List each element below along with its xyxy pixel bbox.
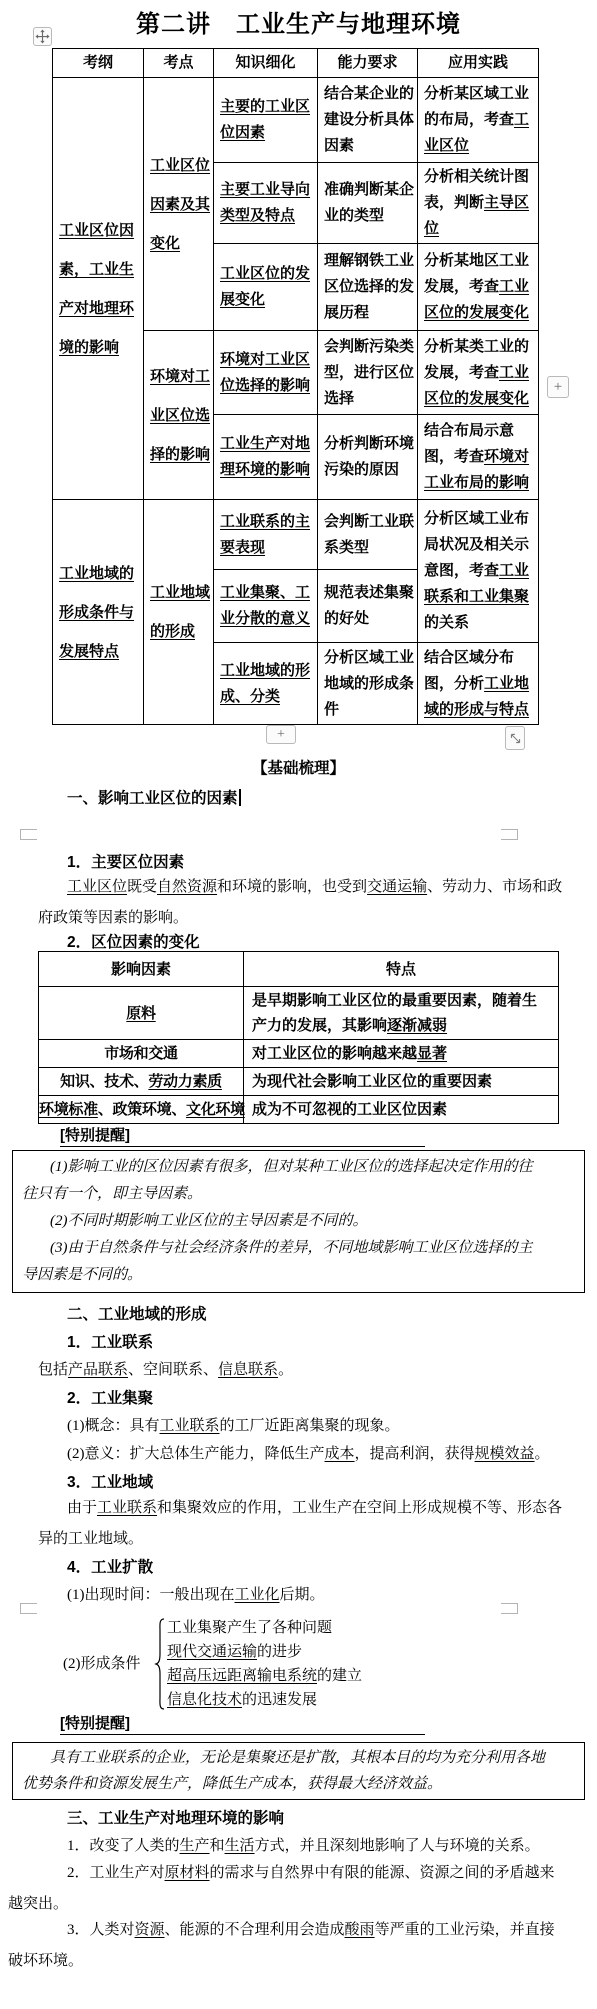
section-intro-label: 【基础梳理】 — [0, 756, 597, 778]
text-line: 3．人类对资源、能源的不合理利用会造成酸雨等严重的工业污染，并直接 — [8, 1915, 555, 1946]
special-reminder-label: [特别提醒] — [60, 1126, 425, 1147]
cell-knowledge: 主要的工业区位因素 — [214, 78, 318, 163]
label-formation-conditions: (2)形成条件 — [63, 1652, 141, 1673]
underlined-text: 环境对工业区位选择的影响 — [150, 368, 210, 463]
cell-ability: 分析区域工业地域的形成条件 — [318, 643, 418, 725]
table-resize-handle[interactable] — [505, 726, 525, 750]
table-row: 市场和交通 对工业区位的影响越来越显著 — [39, 1040, 559, 1068]
cell-feature: 成为不可忽视的工业区位因素 — [244, 1096, 559, 1124]
text-line: 由于工业联系和集聚效应的作用，工业生产在空间上形成规模不等、形态各 — [38, 1493, 562, 1524]
cell-knowledge: 主要工业导向类型及特点 — [214, 163, 318, 244]
brace-icon — [154, 1618, 166, 1710]
text-line: 异的工业地域。 — [38, 1524, 562, 1555]
text: (2)意义：扩大总体生产能力，降低生产 — [67, 1446, 325, 1462]
underlined-text: 信息联系 — [218, 1362, 278, 1378]
text: 会判断工业联系类型 — [324, 513, 414, 556]
col-header-knowledge: 知识细化 — [214, 49, 318, 78]
heading-sub-1-2: 2．区位因素的变化 — [67, 930, 200, 952]
text-line: 具有工业联系的企业，无论是集聚还是扩散，其根本目的均为充分利用各地 — [22, 1745, 575, 1771]
col-header-feature: 特点 — [244, 952, 559, 987]
cell-factor: 环境标准、政策环境、文化环境 — [39, 1096, 244, 1124]
line-diffusion-time: (1)出现时间：一般出现在工业化后期。 — [67, 1583, 325, 1604]
underlined-text: 环境标准 — [39, 1101, 98, 1118]
table-move-handle[interactable] — [33, 27, 52, 46]
text-line: (1)影响工业的区位因素有很多，但对某种工业区位的选择起决定作用的往 — [22, 1154, 575, 1181]
text: 、能源的不合理利用会造成 — [165, 1922, 345, 1938]
page-boundary-mark — [501, 1603, 518, 1614]
text: 包括 — [38, 1362, 68, 1378]
line-agglomeration-meaning: (2)意义：扩大总体生产能力，降低生产成本，提高利润，获得规模效益。 — [67, 1442, 550, 1463]
text: 成为不可忽视的工业区位因素 — [252, 1101, 447, 1118]
underlined-text: 生产 — [180, 1838, 210, 1854]
text-line: 工业集聚产生了各种问题 — [167, 1616, 362, 1640]
underlined-text: 交通运输 — [367, 879, 427, 895]
cell-practice: 分析某类工业的发展，考查工业区位的发展变化 — [418, 331, 539, 415]
text: 3．人类对 — [67, 1922, 135, 1938]
text-line: 破坏环境。 — [8, 1946, 555, 1977]
text-line: 导因素是不同的。 — [22, 1262, 575, 1289]
underlined-text: 显著 — [417, 1045, 447, 1062]
text: 具有工业联系的企业，无论是集聚还是扩散，其根本目的均为充分利用各地 — [50, 1750, 545, 1766]
cell-ability: 结合某企业的建设分析具体因素 — [318, 78, 418, 163]
text: 的建立 — [317, 1668, 362, 1684]
heading-section-3: 三、工业生产对地理环境的影响 — [67, 1806, 284, 1828]
cell-point-1: 工业区位因素及其变化 — [144, 78, 214, 331]
text: 和集聚效应的作用，工业生产在空间上形成规模不等、形态各 — [157, 1500, 562, 1516]
underlined-text: 主要工业导向类型及特点 — [220, 181, 310, 224]
special-reminder-box-1: (1)影响工业的区位因素有很多，但对某种工业区位的选择起决定作用的往往只有一个，… — [12, 1150, 585, 1293]
text: 2．工业生产对 — [67, 1865, 165, 1881]
text: 由于 — [67, 1500, 97, 1516]
table-row: 知识、技术、劳动力素质 为现代社会影响工业区位的重要因素 — [39, 1068, 559, 1096]
cell-knowledge: 工业地域的形成、分类 — [214, 643, 318, 725]
underlined-text: 工业地域的形成 — [150, 584, 210, 640]
cell-practice: 分析某区域工业的布局，考查工业区位 — [418, 78, 539, 163]
text-line: 往只有一个，即主导因素。 — [22, 1181, 575, 1208]
underlined-text: 成本 — [325, 1446, 355, 1462]
col-header-practice: 应用实践 — [418, 49, 539, 78]
cell-ability: 分析判断环境污染的原因 — [318, 415, 418, 500]
cell-factor: 原料 — [39, 987, 244, 1040]
text: 会判断污染类型，进行区位选择 — [324, 338, 414, 407]
heading-section-2: 二、工业地域的形成 — [67, 1302, 207, 1324]
text: 往只有一个，即主导因素。 — [22, 1186, 202, 1202]
cell-practice: 分析某地区工业发展，考查工业区位的发展变化 — [418, 244, 539, 331]
exam-overview-table: 考纲 考点 知识细化 能力要求 应用实践 工业区位因素，工业生产对地理环境的影响… — [52, 48, 539, 725]
text: 结合某企业的建设分析具体因素 — [324, 85, 414, 154]
text: 等严重的工业污染，并直接 — [375, 1922, 555, 1938]
cell-ability: 准确判断某企业的类型 — [318, 163, 418, 244]
text-line: 信息化技术的迅速发展 — [167, 1688, 362, 1712]
cell-practice: 分析相关统计图表，判断主导区位 — [418, 163, 539, 244]
text-line: 2．工业生产对原材料的需求与自然界中有限的能源、资源之间的矛盾越来 — [8, 1858, 555, 1889]
cell-ability: 会判断污染类型，进行区位选择 — [318, 331, 418, 415]
text: 越突出。 — [8, 1896, 68, 1912]
underlined-text: 自然资源 — [157, 879, 217, 895]
text: 对工业区位的影响越来越 — [252, 1045, 417, 1062]
text-line: 超高压远距离输电系统的建立 — [167, 1664, 362, 1688]
cell-factor: 市场和交通 — [39, 1040, 244, 1068]
underlined-text: 原材料 — [165, 1865, 210, 1881]
underlined-text: 超高压远距离输电系统 — [167, 1668, 317, 1684]
cell-point-2: 环境对工业区位选择的影响 — [144, 331, 214, 500]
resize-diagonal-icon — [509, 732, 522, 745]
text: (1)出现时间：一般出现在 — [67, 1587, 235, 1603]
text-cursor — [239, 789, 241, 806]
underlined-text: 环境对工业区位选择的影响 — [220, 351, 310, 394]
paragraph-location-factors: 工业区位既受自然资源和环境的影响，也受到交通运输、劳动力、市场和政府政策等因素的… — [38, 872, 562, 934]
underlined-text: 工业联系的主要表现 — [220, 513, 310, 556]
line-impact-1: 1．改变了人类的生产和生活方式，并且深刻地影响了人与环境的关系。 — [67, 1834, 540, 1855]
table-header-row: 影响因素 特点 — [39, 952, 559, 987]
paragraph-impact-2: 2．工业生产对原材料的需求与自然界中有限的能源、资源之间的矛盾越来越突出。 — [8, 1858, 555, 1920]
cell-feature: 为现代社会影响工业区位的重要因素 — [244, 1068, 559, 1096]
text: 、劳动力、市场和政 — [427, 879, 562, 895]
page-boundary-mark — [20, 829, 37, 840]
cell-feature: 是早期影响工业区位的最重要因素，随着生产力的发展，其影响逐渐减弱 — [244, 987, 559, 1040]
text: 、空间联系、 — [128, 1362, 218, 1378]
heading-sub-2-3: 3．工业地域 — [67, 1470, 153, 1492]
cell-ability: 规范表述集聚的好处 — [318, 570, 418, 643]
insert-right-button[interactable]: + — [547, 376, 569, 398]
special-reminder-label: [特别提醒] — [60, 1714, 425, 1735]
col-header-outline: 考纲 — [53, 49, 144, 78]
underlined-text: 规模效益 — [475, 1446, 535, 1462]
heading-sub-2-4: 4．工业扩散 — [67, 1555, 153, 1577]
underlined-text: 主要的工业区位因素 — [220, 98, 310, 141]
table-row: 原料 是早期影响工业区位的最重要因素，随着生产力的发展，其影响逐渐减弱 — [39, 987, 559, 1040]
heading-sub-1-1: 1．主要区位因素 — [67, 850, 184, 872]
text: 。 — [278, 1362, 293, 1378]
underlined-text: 工业联系 — [97, 1500, 157, 1516]
page-boundary-mark — [20, 1603, 37, 1614]
text: (1)概念：具有 — [67, 1418, 160, 1434]
underlined-text: 产品联系 — [68, 1362, 128, 1378]
text: 准确判断某企业的类型 — [324, 181, 414, 224]
cell-point-3: 工业地域的形成 — [144, 500, 214, 725]
text: 工业集聚产生了各种问题 — [167, 1620, 332, 1636]
text: 府政策等因素的影响。 — [38, 910, 188, 926]
underlined-text: 资源 — [135, 1922, 165, 1938]
col-header-ability: 能力要求 — [318, 49, 418, 78]
text: (3)由于自然条件与社会经济条件的差异，不同地域影响工业区位选择的主 — [50, 1240, 533, 1256]
cell-knowledge: 工业生产对地理环境的影响 — [214, 415, 318, 500]
move-icon — [35, 29, 50, 44]
underlined-text: 工业集聚、工业分散的意义 — [220, 584, 310, 627]
table-row: 工业区位因素，工业生产对地理环境的影响 工业区位因素及其变化 主要的工业区位因素… — [53, 78, 539, 163]
text: 破坏环境。 — [8, 1953, 83, 1969]
text: 市场和交通 — [104, 1045, 178, 1062]
text: 1．改变了人类的 — [67, 1838, 180, 1854]
underlined-text: 工业区位因素及其变化 — [150, 157, 210, 252]
text: 和环境的影响，也受到 — [217, 879, 367, 895]
cell-outline-2: 工业地域的形成条件与发展特点 — [53, 500, 144, 725]
text: 知识、技术、 — [60, 1073, 148, 1090]
text: 规范表述集聚的好处 — [324, 584, 414, 627]
cell-knowledge: 工业集聚、工业分散的意义 — [214, 570, 318, 643]
underlined-text: 逐渐减弱 — [387, 1017, 447, 1034]
special-reminder-box-2: 具有工业联系的企业，无论是集聚还是扩散，其根本目的均为充分利用各地优势条件和资源… — [12, 1742, 585, 1800]
cell-practice: 结合区域分布图，分析工业地域的形成与特点 — [418, 643, 539, 725]
underlined-text: 工业区位 — [67, 879, 127, 895]
underlined-text: 工业生产对地理环境的影响 — [220, 435, 310, 478]
text: 分析判断环境污染的原因 — [324, 435, 414, 478]
page-boundary-mark — [501, 829, 518, 840]
underlined-text: 现代交通运输 — [167, 1644, 257, 1660]
table-header-row: 考纲 考点 知识细化 能力要求 应用实践 — [53, 49, 539, 78]
cell-ability: 会判断工业联系类型 — [318, 500, 418, 570]
list-formation-conditions: 工业集聚产生了各种问题现代交通运输的进步超高压远距离输电系统的建立信息化技术的迅… — [167, 1616, 362, 1712]
text: 。 — [535, 1446, 550, 1462]
underlined-text: 文化环境 — [186, 1101, 245, 1118]
text: 和 — [210, 1838, 225, 1854]
text-line: (2)不同时期影响工业区位的主导因素是不同的。 — [22, 1208, 575, 1235]
cell-knowledge: 环境对工业区位选择的影响 — [214, 331, 318, 415]
text: 、政策环境、 — [98, 1101, 186, 1118]
underlined-text: 信息化技术 — [167, 1692, 242, 1708]
text-line: 优势条件和资源发展生产，降低生产成本，获得最大经济效益。 — [22, 1771, 575, 1797]
cell-practice: 结合布局示意图，考查环境对工业布局的影响 — [418, 415, 539, 500]
underlined-text: 工业联系 — [160, 1418, 220, 1434]
underlined-text: 原料 — [126, 1005, 155, 1022]
text: 分析区域工业地域的形成条件 — [324, 649, 414, 718]
cell-feature: 对工业区位的影响越来越显著 — [244, 1040, 559, 1068]
text: ，提高利润，获得 — [355, 1446, 475, 1462]
underlined-text: 酸雨 — [345, 1922, 375, 1938]
text-line: 现代交通运输的进步 — [167, 1640, 362, 1664]
text: 理解钢铁工业区位选择的发展历程 — [324, 252, 414, 321]
text-line: 工业区位既受自然资源和环境的影响，也受到交通运输、劳动力、市场和政 — [38, 872, 562, 903]
cell-outline-1: 工业区位因素，工业生产对地理环境的影响 — [53, 78, 144, 500]
text: 的进步 — [257, 1644, 302, 1660]
text: 异的工业地域。 — [38, 1531, 143, 1547]
col-header-point: 考点 — [144, 49, 214, 78]
underlined-text: 工业地域的形成、分类 — [220, 662, 310, 705]
underlined-text: 工业化 — [235, 1587, 280, 1603]
col-header-factor: 影响因素 — [39, 952, 244, 987]
heading-sub-2-2: 2．工业集聚 — [67, 1386, 153, 1408]
text: 优势条件和资源发展生产，降低生产成本，获得最大经济效益。 — [22, 1776, 442, 1792]
underlined-text: 劳动力素质 — [148, 1073, 222, 1090]
heading-section-1: 一、影响工业区位的因素 — [67, 786, 241, 808]
text: (1)影响工业的区位因素有很多，但对某种工业区位的选择起决定作用的往 — [50, 1159, 533, 1175]
text: 既受 — [127, 879, 157, 895]
text: 方式，并且深刻地影响了人与环境的关系。 — [255, 1838, 540, 1854]
paragraph-impact-3: 3．人类对资源、能源的不合理利用会造成酸雨等严重的工业污染，并直接破坏环境。 — [8, 1915, 555, 1977]
underlined-text: 工业区位因素，工业生产对地理环境的影响 — [59, 222, 134, 356]
text: 为现代社会影响工业区位的重要因素 — [252, 1073, 492, 1090]
text: (2)不同时期影响工业区位的主导因素是不同的。 — [50, 1213, 368, 1229]
table-row: 环境标准、政策环境、文化环境 成为不可忽视的工业区位因素 — [39, 1096, 559, 1124]
text: 的关系 — [424, 614, 469, 631]
cell-knowledge: 工业区位的发展变化 — [214, 244, 318, 331]
underlined-text: 生活 — [225, 1838, 255, 1854]
cell-factor: 知识、技术、劳动力素质 — [39, 1068, 244, 1096]
cell-knowledge: 工业联系的主要表现 — [214, 500, 318, 570]
text: 的工厂近距离集聚的现象。 — [220, 1418, 400, 1434]
cell-ability: 理解钢铁工业区位选择的发展历程 — [318, 244, 418, 331]
line-industrial-links: 包括产品联系、空间联系、信息联系。 — [38, 1358, 293, 1379]
table-row: 工业地域的形成条件与发展特点 工业地域的形成 工业联系的主要表现 会判断工业联系… — [53, 500, 539, 570]
cell-practice: 分析区域工业布局状况及相关示意图，考查工业联系和工业集聚的关系 — [418, 500, 539, 643]
heading-sub-2-1: 1．工业联系 — [67, 1330, 153, 1352]
underlined-text: 工业地域的形成条件与发展特点 — [59, 565, 134, 660]
text: 导因素是不同的。 — [22, 1267, 142, 1283]
text: 后期。 — [280, 1587, 325, 1603]
page-title: 第二讲 工业生产与地理环境 — [0, 4, 597, 39]
text-line: (3)由于自然条件与社会经济条件的差异，不同地域影响工业区位选择的主 — [22, 1235, 575, 1262]
factor-change-table: 影响因素 特点 原料 是早期影响工业区位的最重要因素，随着生产力的发展，其影响逐… — [38, 951, 559, 1124]
text: 的迅速发展 — [242, 1692, 317, 1708]
paragraph-industrial-region: 由于工业联系和集聚效应的作用，工业生产在空间上形成规模不等、形态各异的工业地域。 — [38, 1493, 562, 1555]
line-agglomeration-concept: (1)概念：具有工业联系的工厂近距离集聚的现象。 — [67, 1414, 400, 1435]
underlined-text: 工业区位的发展变化 — [220, 265, 310, 308]
text: 的需求与自然界中有限的能源、资源之间的矛盾越来 — [210, 1865, 555, 1881]
insert-below-button[interactable]: + — [266, 725, 296, 744]
